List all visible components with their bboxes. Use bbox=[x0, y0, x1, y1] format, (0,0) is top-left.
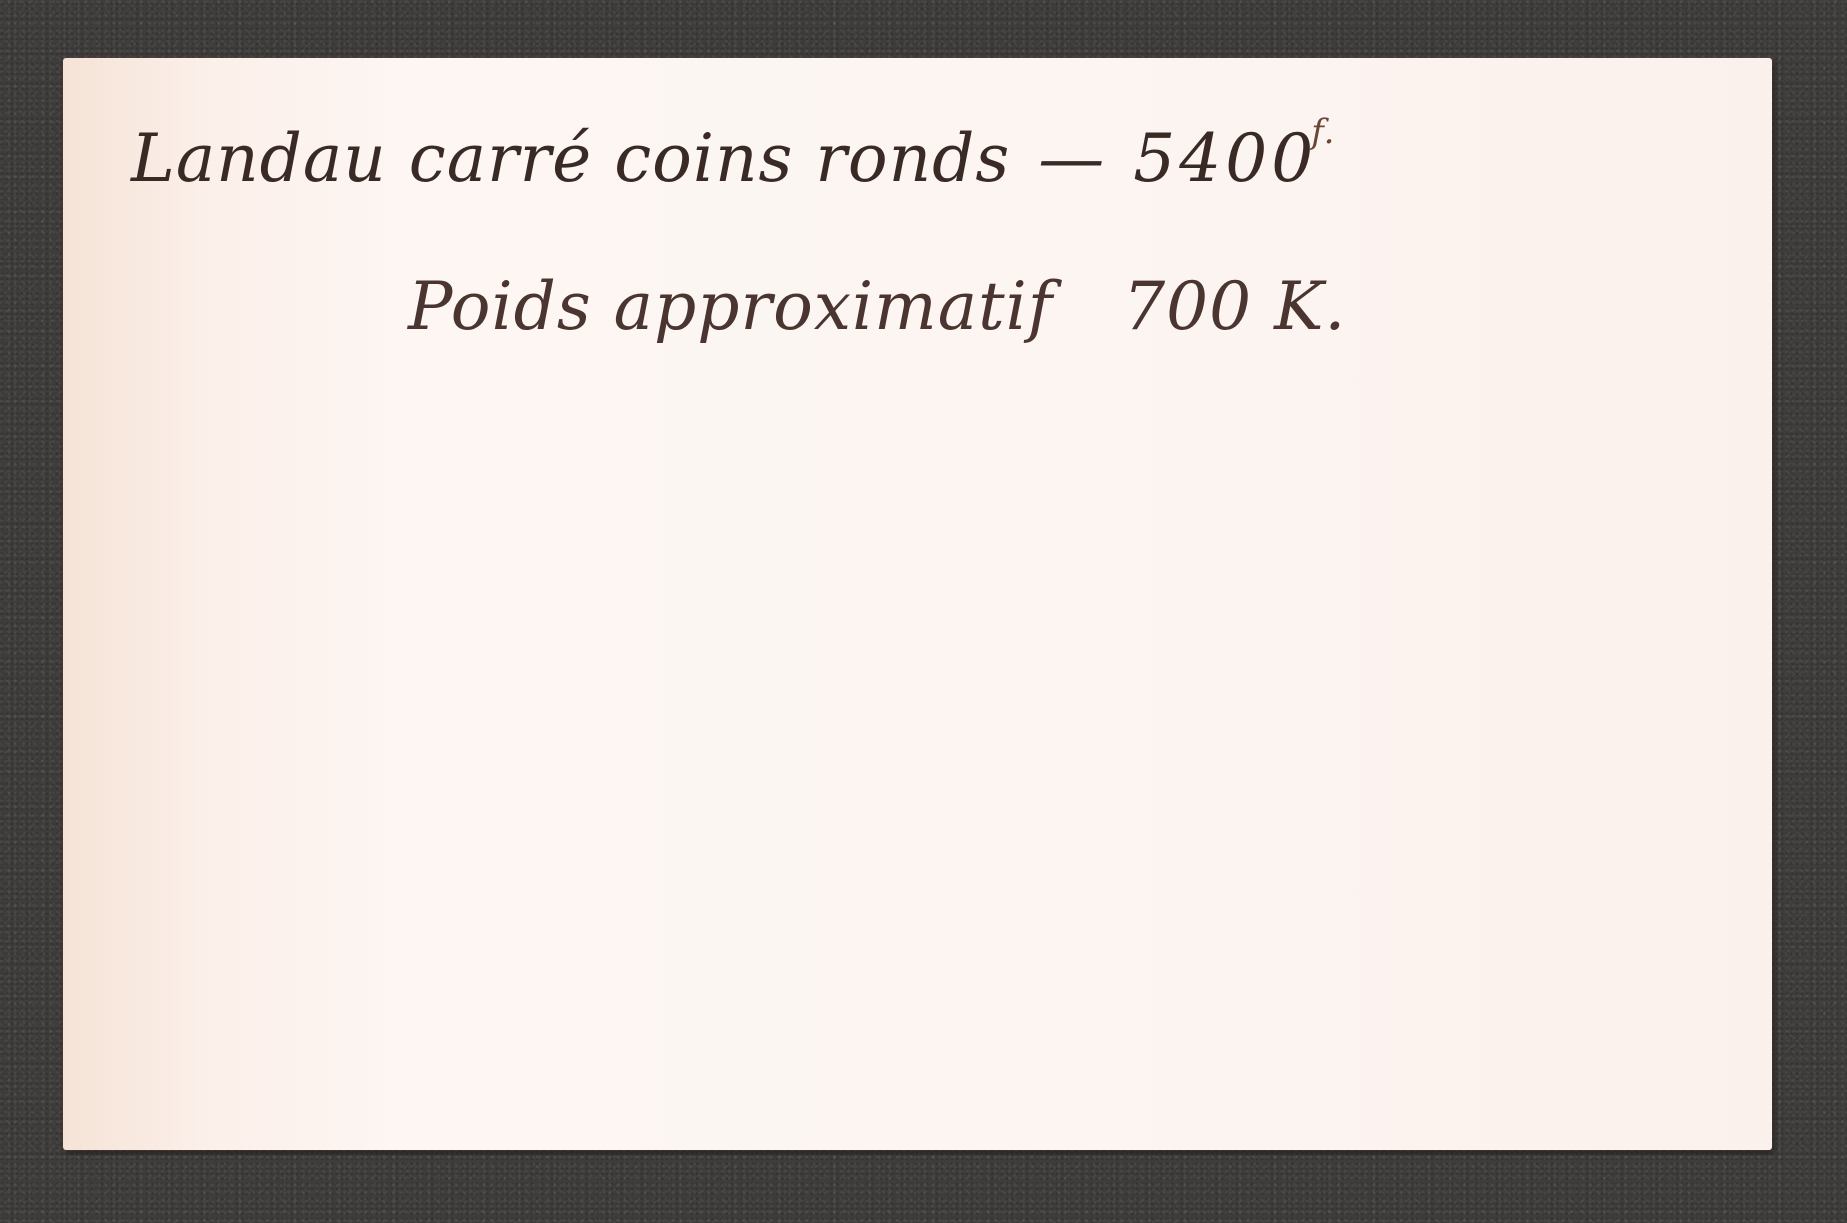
card-line-description: Landau carré coins ronds—5400f. bbox=[131, 120, 1335, 197]
handwritten-card: Landau carré coins ronds—5400f. Poids ap… bbox=[63, 58, 1772, 1150]
card-line-weight: Poids approximatif700 K. bbox=[408, 268, 1346, 345]
price-unit: f. bbox=[1311, 112, 1335, 152]
separator-dash: — bbox=[1038, 120, 1105, 197]
price-amount: 5400 bbox=[1133, 120, 1317, 197]
weight-value: 700 K. bbox=[1123, 268, 1346, 345]
weight-label: Poids approximatif bbox=[408, 268, 1053, 345]
vehicle-description: Landau carré coins ronds bbox=[131, 120, 1010, 197]
